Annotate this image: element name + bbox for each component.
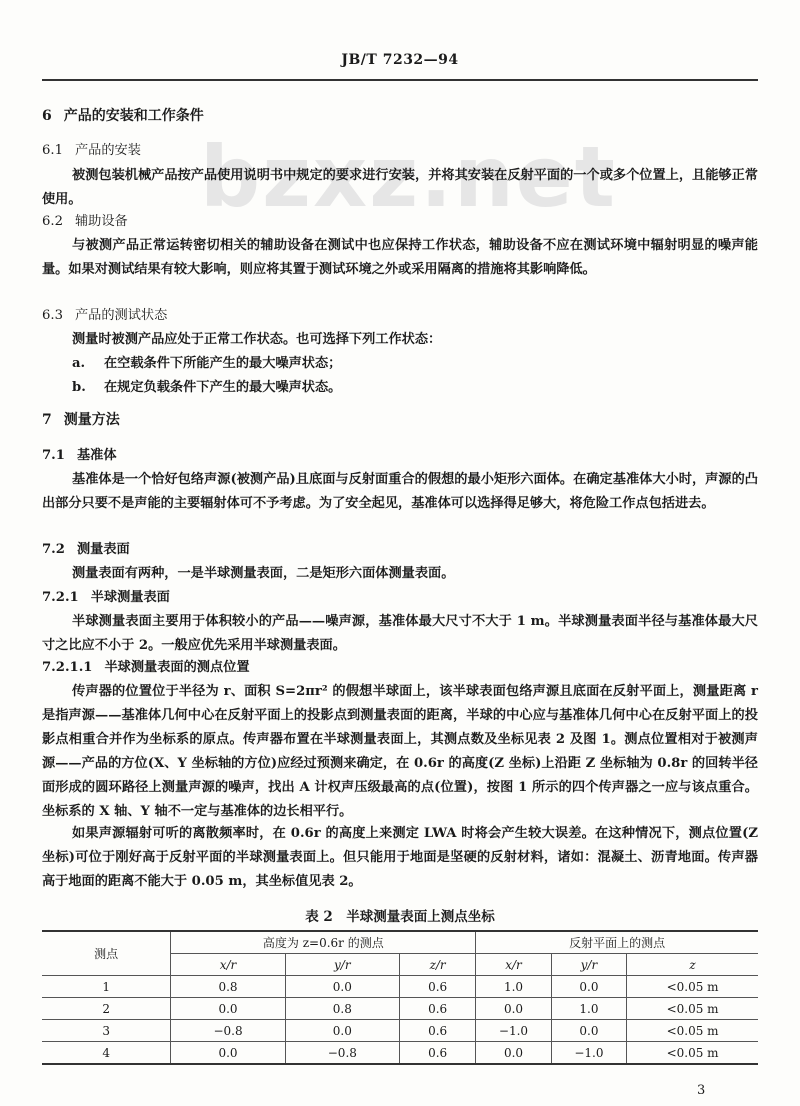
table-row: 40.0−0.80.60.0−1.0<0.05 m [42,1042,758,1065]
cell: 0.6 [399,976,475,998]
group-header-reflect: 反射平面上的测点 [476,931,758,954]
cell: 0.6 [399,1042,475,1065]
sub-header: y/r [285,954,399,976]
cell: 1.0 [476,976,551,998]
section-7-1-heading: 7.1基准体 [42,444,758,468]
cell: 0.0 [476,1042,551,1065]
header-rule [42,79,758,81]
section-6-1-text: 被测包装机械产品按产品使用说明书中规定的要求进行安装，并将其安装在反射平面的一个… [42,164,758,212]
section-7-2-1-text: 半球测量表面主要用于体积较小的产品——噪声源，基准体最大尺寸不大于 1 m。半球… [42,610,758,658]
cell: <0.05 m [627,976,758,998]
sub-header: y/r [551,954,626,976]
section-7-2-text: 测量表面有两种，一是半球测量表面，二是矩形六面体测量表面。 [42,562,758,586]
cell: 1 [42,976,171,998]
table-row: 10.80.00.61.00.0<0.05 m [42,976,758,998]
col-header-point: 测点 [42,931,171,976]
section-7-2-heading: 7.2测量表面 [42,538,758,562]
cell: 3 [42,1020,171,1042]
cell: 0.0 [551,1020,626,1042]
table-caption: 表 2 半球测量表面上测点坐标 [0,905,800,925]
cell: −0.8 [171,1020,285,1042]
cell: <0.05 m [627,1020,758,1042]
sub-header: x/r [171,954,285,976]
cell: 0.6 [399,1020,475,1042]
cell: 2 [42,998,171,1020]
cell: <0.05 m [627,998,758,1020]
cell: 0.0 [171,998,285,1020]
document-page: JB/T 7232—94 6产品的安装和工作条件 6.1产品的安装 被测包装机械… [0,0,800,1106]
list-item-a: a.在空载条件下所能产生的最大噪声状态； [42,352,788,376]
cell: 0.0 [551,976,626,998]
cell: −1.0 [551,1042,626,1065]
section-7-2-1-heading: 7.2.1半球测量表面 [42,586,758,610]
cell: −0.8 [285,1042,399,1065]
sub-header: z/r [399,954,475,976]
cell: −1.0 [476,1020,551,1042]
cell: 0.0 [476,998,551,1020]
section-7-2-1-1-text-1: 传声器的位置位于半径为 r、面积 S=2πr² 的假想半球面上，该半球表面包络声… [42,680,758,824]
section-6-heading: 6产品的安装和工作条件 [42,104,758,128]
standard-code-header: JB/T 7232—94 [0,52,800,68]
sub-header: z [627,954,758,976]
list-item-b: b.在规定负载条件下产生的最大噪声状态。 [42,376,788,400]
section-6-3-text: 测量时被测产品应处于正常工作状态。也可选择下列工作状态： [42,328,758,352]
section-7-2-1-1-text-2: 如果声源辐射可听的离散频率时，在 0.6r 的高度上来测定 LWA 时将会产生较… [42,822,758,894]
table-row: 3−0.80.00.6−1.00.0<0.05 m [42,1020,758,1042]
cell: <0.05 m [627,1042,758,1065]
cell: 0.8 [285,998,399,1020]
section-6-2-text: 与被测产品正常运转密切相关的辅助设备在测试中也应保持工作状态，辅助设备不应在测试… [42,234,758,282]
sub-header: x/r [476,954,551,976]
cell: 0.6 [399,998,475,1020]
measurement-points-table: 测点 高度为 z=0.6r 的测点 反射平面上的测点 x/r y/r z/r x… [42,930,758,1065]
table-row: 20.00.80.60.01.0<0.05 m [42,998,758,1020]
cell: 0.0 [171,1042,285,1065]
cell: 4 [42,1042,171,1065]
section-7-heading: 7测量方法 [42,408,758,432]
page-number: 3 [697,1083,705,1098]
section-7-1-text: 基准体是一个恰好包络声源(被测产品)且底面与反射面重合的假想的最小矩形六面体。在… [42,468,758,516]
cell: 0.0 [285,1020,399,1042]
cell: 1.0 [551,998,626,1020]
section-6-2-heading: 6.2辅助设备 [42,210,758,234]
section-6-1-heading: 6.1产品的安装 [42,139,758,163]
section-7-2-1-1-heading: 7.2.1.1半球测量表面的测点位置 [42,656,758,680]
cell: 0.8 [171,976,285,998]
cell: 0.0 [285,976,399,998]
group-header-height: 高度为 z=0.6r 的测点 [171,931,476,954]
section-6-3-heading: 6.3产品的测试状态 [42,304,758,328]
